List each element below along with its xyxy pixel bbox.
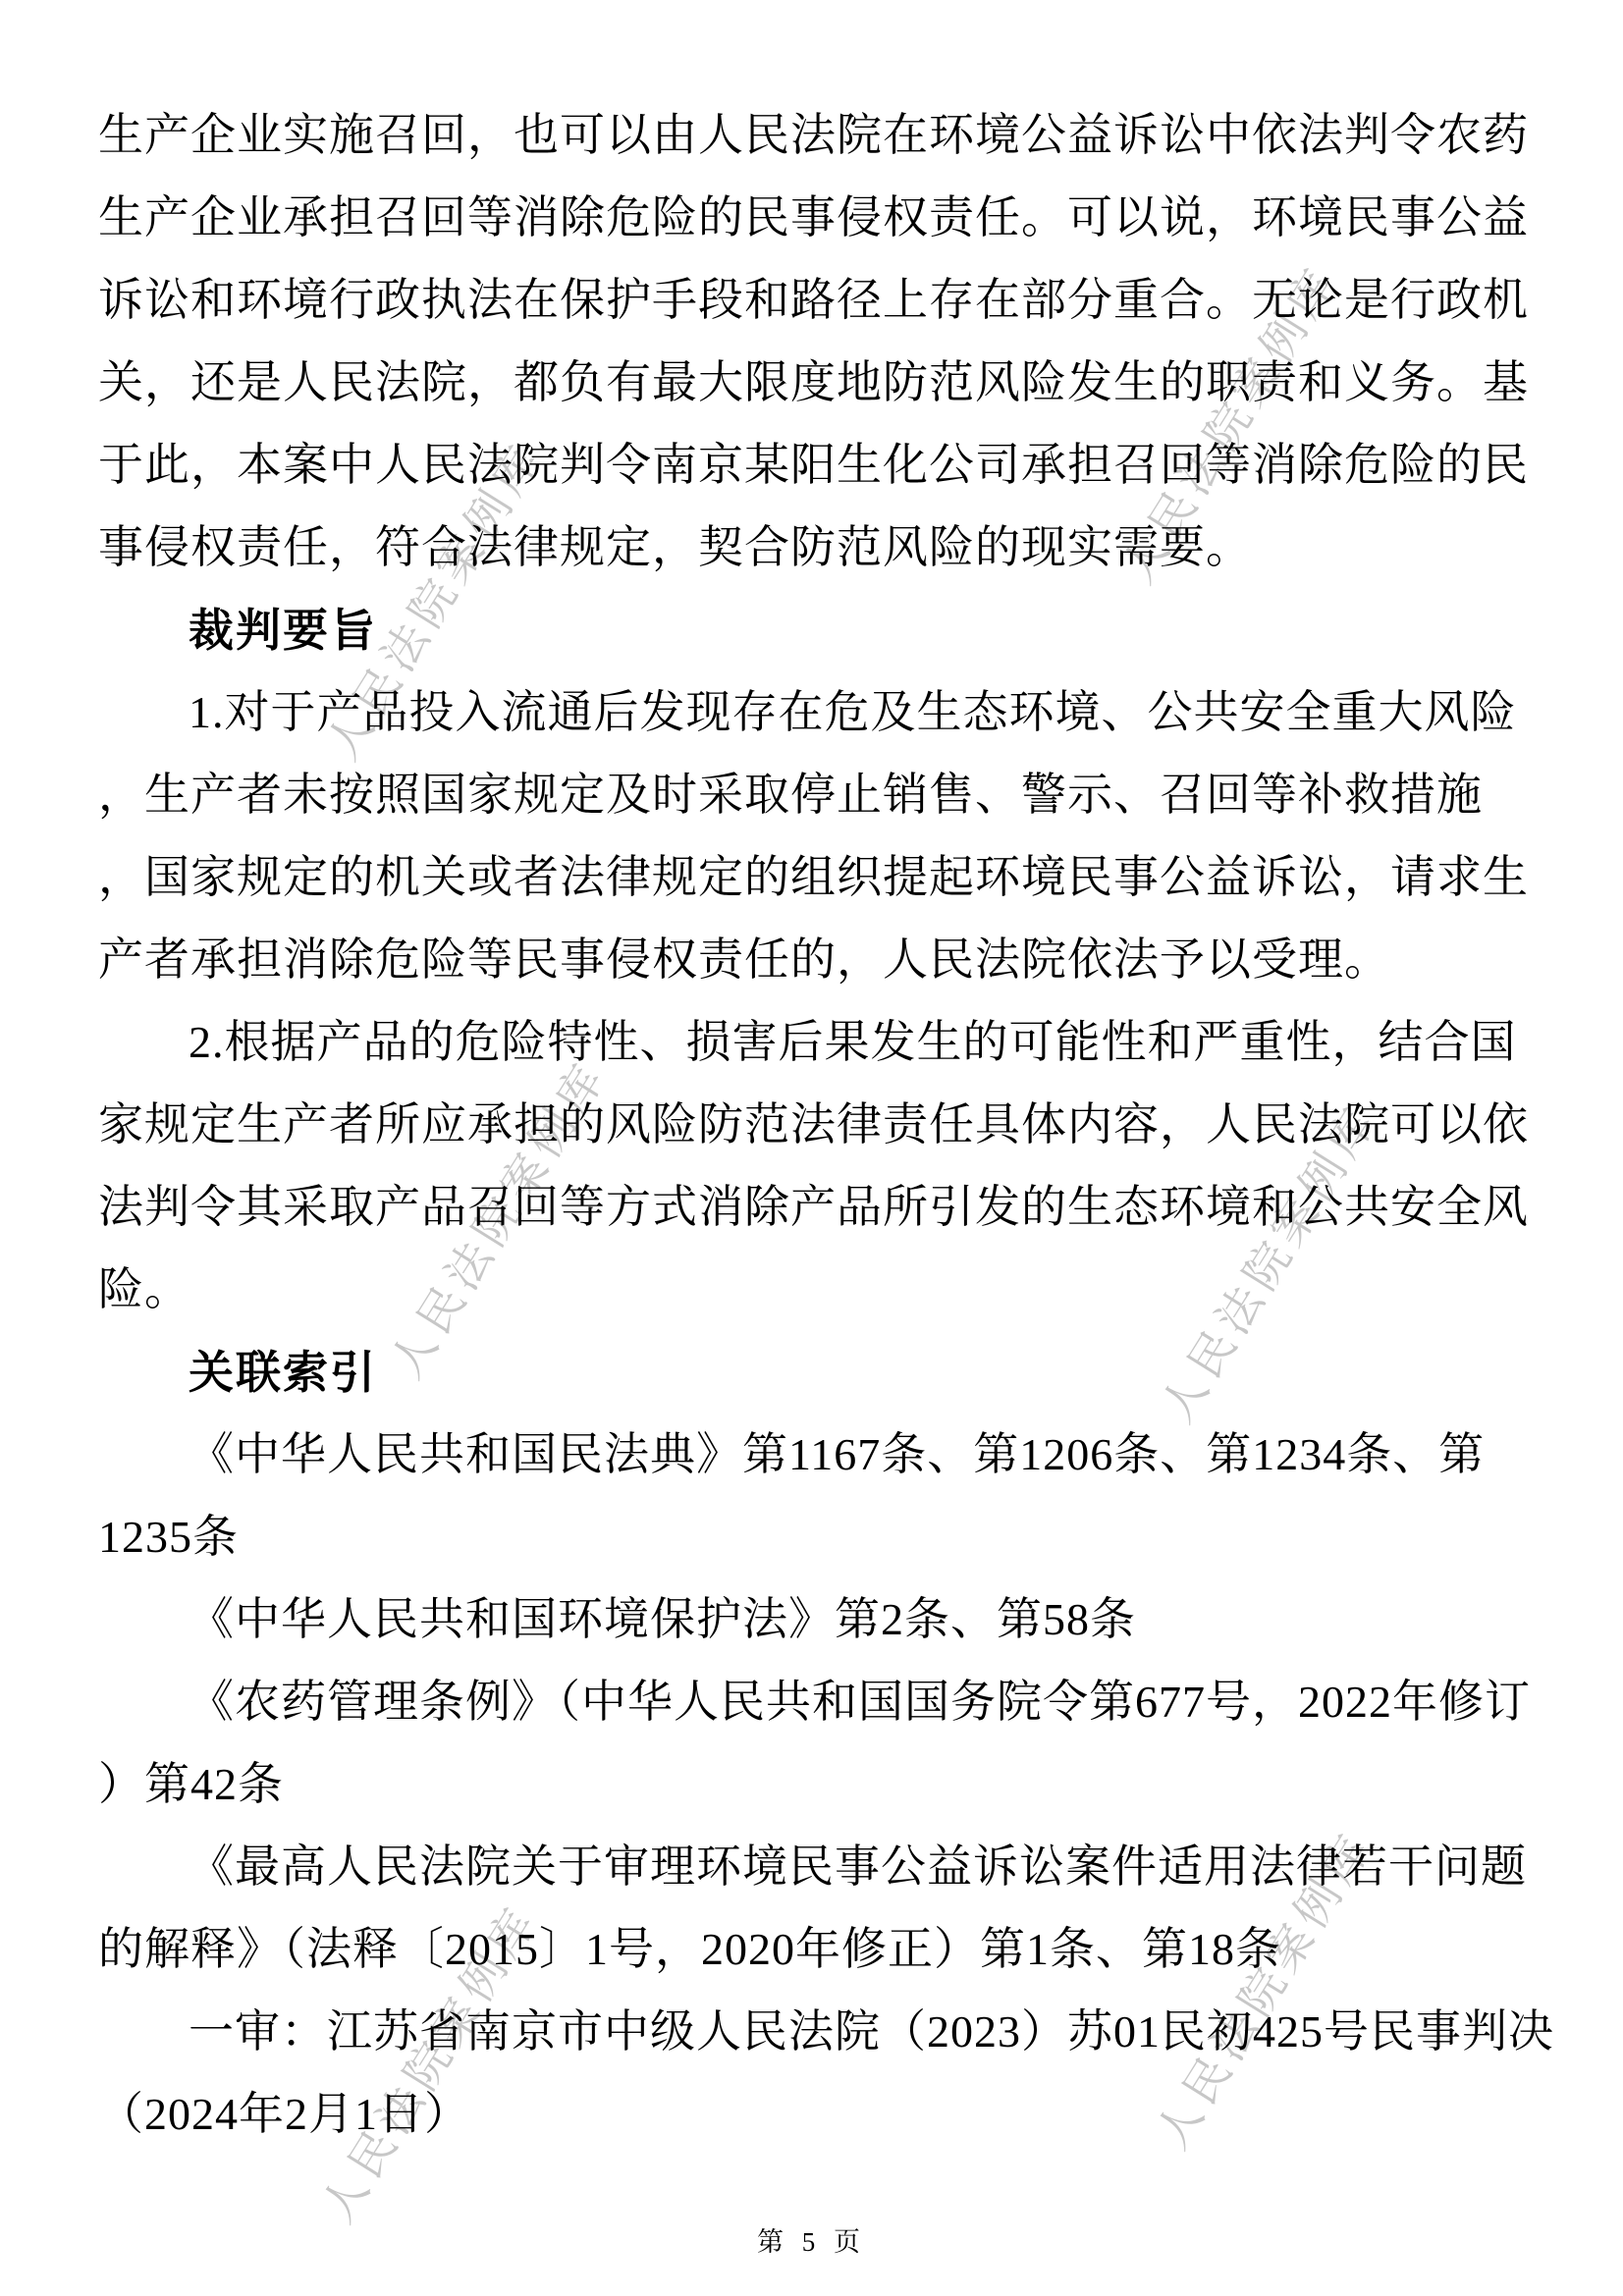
document-body: 生产企业实施召回，也可以由人民法院在环境公益诉讼中依法判令农药 生产企业承担召回… [98, 94, 1512, 2156]
trial-info-line: 一审：江苏省南京市中级人民法院（2023）苏01民初425号民事判决 [98, 1991, 1512, 2073]
body-line: 生产企业承担召回等消除危险的民事侵权责任。可以说，环境民事公益 [98, 177, 1512, 259]
document-page: 人民法院案例库 人民法院案例库 人民法院案例库 人民法院案例库 人民法院案例库 … [0, 0, 1623, 2296]
body-line: 诉讼和环境行政执法在保护手段和路径上存在部分重合。无论是行政机 [98, 259, 1512, 342]
body-line: 生产企业实施召回，也可以由人民法院在环境公益诉讼中依法判令农药 [98, 94, 1512, 177]
page-number: 第 5 页 [0, 2220, 1623, 2259]
citation-line: 1235条 [98, 1496, 1512, 1578]
citation-line: ）第42条 [98, 1743, 1512, 1826]
body-line: 产者承担消除危险等民事侵权责任的，人民法院依法予以受理。 [98, 919, 1512, 1001]
body-line: 1.对于产品投入流通后发现存在危及生态环境、公共安全重大风险 [98, 671, 1512, 754]
body-line: 家规定生产者所应承担的风险防范法律责任具体内容，人民法院可以依 [98, 1084, 1512, 1166]
citation-line: 《最高人民法院关于审理环境民事公益诉讼案件适用法律若干问题 [98, 1826, 1512, 1908]
body-line: 2.根据产品的危险特性、损害后果发生的可能性和严重性，结合国 [98, 1001, 1512, 1084]
body-line: ，国家规定的机关或者法律规定的组织提起环境民事公益诉讼，请求生 [98, 836, 1512, 919]
trial-info-line: （2024年2月1日） [98, 2073, 1512, 2156]
citation-line: 《中华人民共和国环境保护法》第2条、第58条 [98, 1578, 1512, 1661]
citation-line: 的解释》（法释〔2015〕1号，2020年修正）第1条、第18条 [98, 1908, 1512, 1991]
citation-line: 《农药管理条例》（中华人民共和国国务院令第677号，2022年修订 [98, 1661, 1512, 1743]
section-heading-related-index: 关联索引 [98, 1331, 1512, 1414]
body-line: 事侵权责任，符合法律规定，契合防范风险的现实需要。 [98, 507, 1512, 589]
body-line: ，生产者未按照国家规定及时采取停止销售、警示、召回等补救措施 [98, 754, 1512, 836]
body-line: 法判令其采取产品召回等方式消除产品所引发的生态环境和公共安全风 [98, 1166, 1512, 1249]
section-heading-key-points: 裁判要旨 [98, 589, 1512, 671]
body-line: 关，还是人民法院，都负有最大限度地防范风险发生的职责和义务。基 [98, 342, 1512, 424]
body-line: 险。 [98, 1249, 1512, 1331]
body-line: 于此，本案中人民法院判令南京某阳生化公司承担召回等消除危险的民 [98, 424, 1512, 507]
citation-line: 《中华人民共和国民法典》第1167条、第1206条、第1234条、第 [98, 1414, 1512, 1496]
